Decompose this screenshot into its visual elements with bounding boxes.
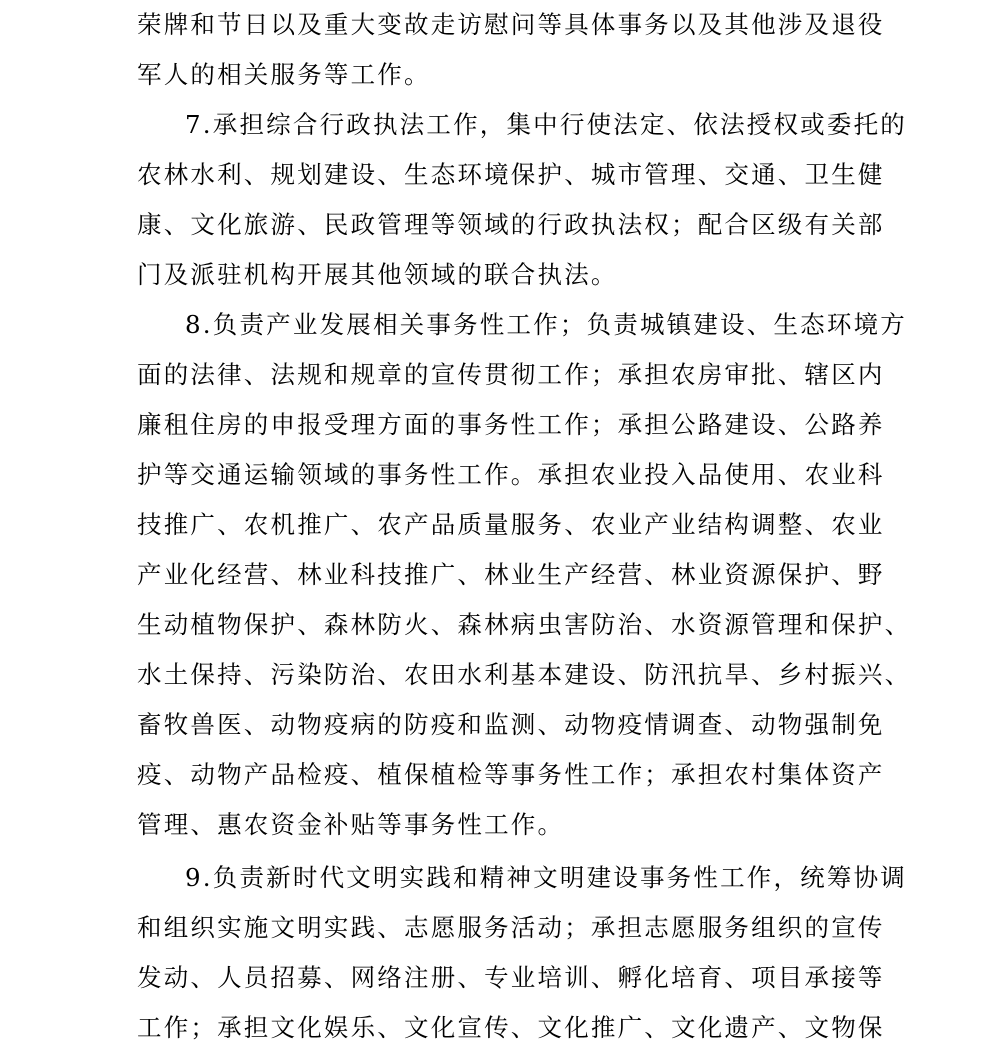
- paragraph-8-line-6: 产业化经营、林业科技推广、林业生产经营、林业资源保护、野: [137, 550, 885, 600]
- paragraph-9-line-3: 发动、人员招募、网络注册、专业培训、孵化培育、项目承接等: [137, 953, 885, 1003]
- paragraph-7-line-1: 7.承担综合行政执法工作，集中行使法定、依法授权或委托的: [185, 100, 907, 150]
- paragraph-8-line-2: 面的法律、法规和规章的宣传贯彻工作；承担农房审批、辖区内: [137, 350, 885, 400]
- paragraph-8-line-5: 技推广、农机推广、农产品质量服务、农业产业结构调整、农业: [137, 500, 885, 550]
- paragraph-9-line-4: 工作；承担文化娱乐、文化宣传、文化推广、文化遗产、文物保: [137, 1003, 885, 1053]
- paragraph-8-line-4: 护等交通运输领域的事务性工作。承担农业投入品使用、农业科: [137, 450, 885, 500]
- paragraph-7-line-2: 农林水利、规划建设、生态环境保护、城市管理、交通、卫生健: [137, 150, 885, 200]
- paragraph-8-line-3: 廉租住房的申报受理方面的事务性工作；承担公路建设、公路养: [137, 400, 885, 450]
- paragraph-6-line-1: 荣牌和节日以及重大变故走访慰问等具体事务以及其他涉及退役: [137, 0, 885, 50]
- paragraph-8-line-11: 管理、惠农资金补贴等事务性工作。: [137, 800, 564, 850]
- paragraph-8-line-7: 生动植物保护、森林防火、森林病虫害防治、水资源管理和保护、: [137, 600, 911, 650]
- paragraph-7-line-3: 康、文化旅游、民政管理等领域的行政执法权；配合区级有关部: [137, 200, 885, 250]
- paragraph-8-line-8: 水土保持、污染防治、农田水利基本建设、防汛抗旱、乡村振兴、: [137, 650, 911, 700]
- paragraph-8-line-9: 畜牧兽医、动物疫病的防疫和监测、动物疫情调查、动物强制免: [137, 700, 885, 750]
- paragraph-6-line-2: 军人的相关服务等工作。: [137, 50, 431, 100]
- paragraph-9-line-2: 和组织实施文明实践、志愿服务活动；承担志愿服务组织的宣传: [137, 903, 885, 953]
- paragraph-8-line-10: 疫、动物产品检疫、植保植检等事务性工作；承担农村集体资产: [137, 750, 885, 800]
- paragraph-7-line-4: 门及派驻机构开展其他领域的联合执法。: [137, 250, 618, 300]
- paragraph-9-line-1: 9.负责新时代文明实践和精神文明建设事务性工作，统筹协调: [185, 853, 907, 903]
- paragraph-8-line-1: 8.负责产业发展相关事务性工作；负责城镇建设、生态环境方: [185, 300, 907, 350]
